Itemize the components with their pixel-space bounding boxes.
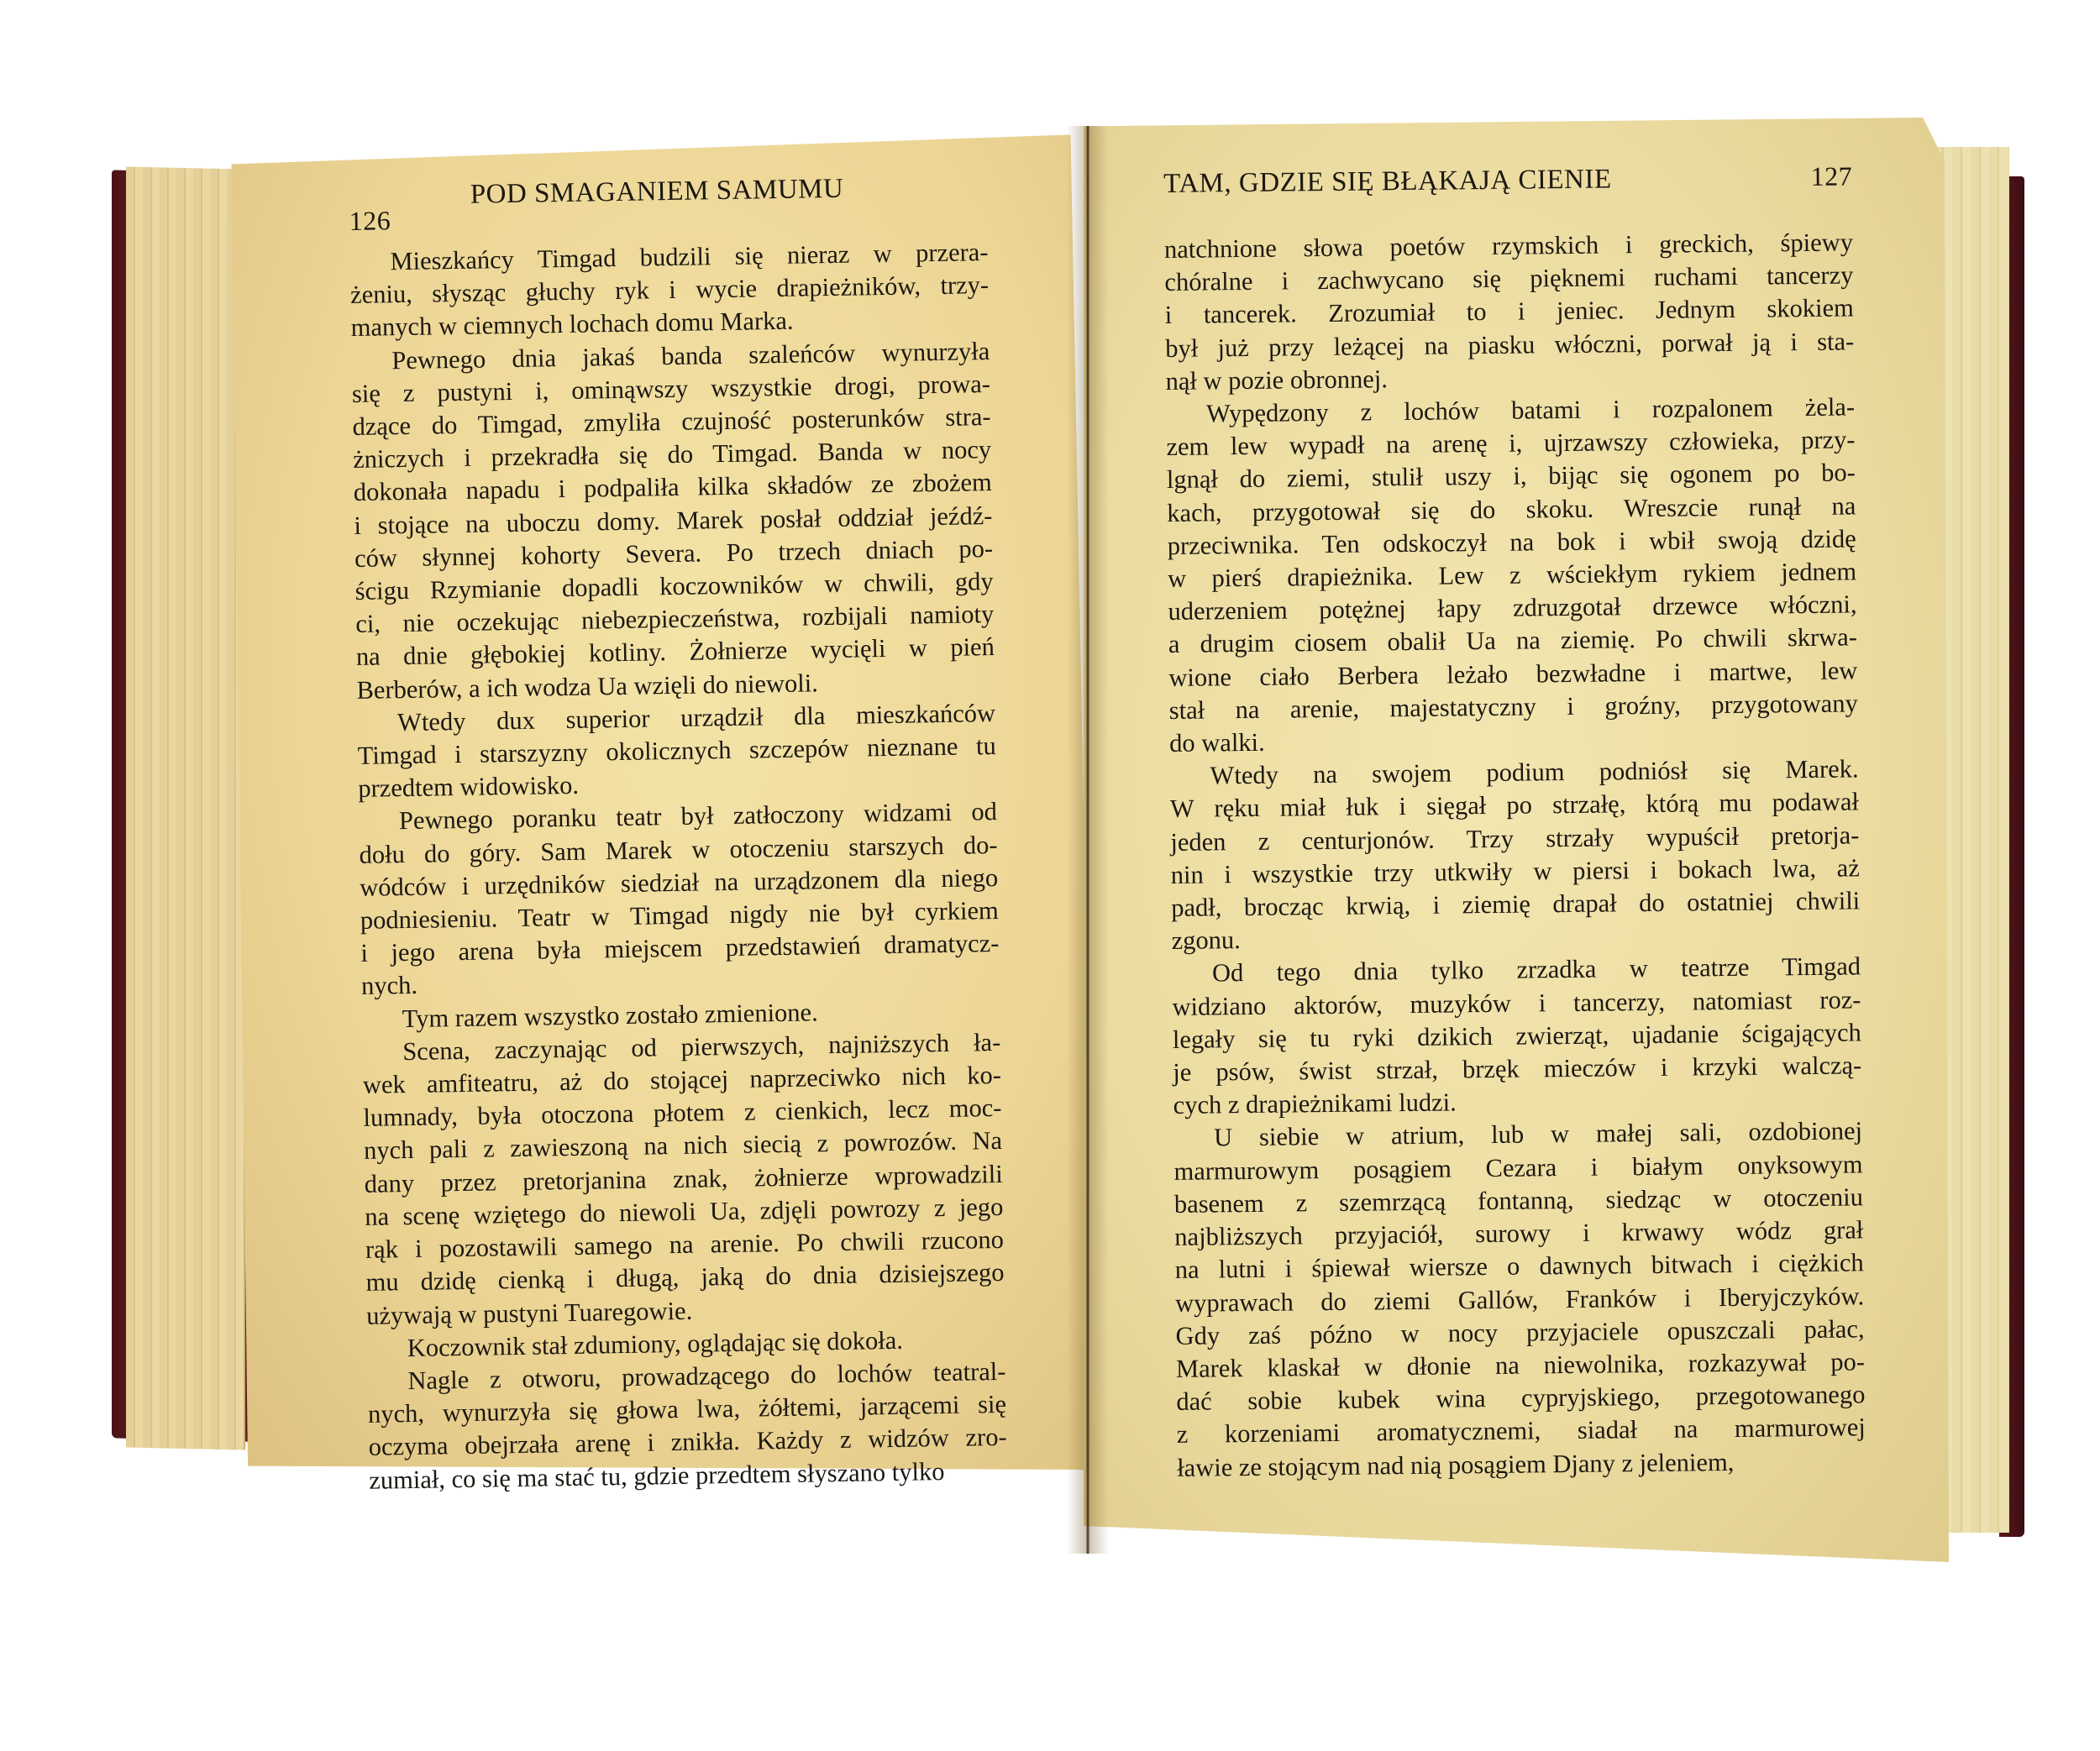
- page-number-left: 126: [349, 205, 391, 237]
- paragraph: Nagle z otworu, prowadzącego do lochów t…: [367, 1355, 1007, 1497]
- paragraph: Pewnego poranku teatr był zatłoczony wid…: [359, 795, 1000, 1003]
- paragraph: Wtedy dux superior urządził dla mieszkań…: [357, 697, 997, 806]
- right-page-body: natchnione słowa poetów rzymskich i grec…: [1164, 226, 1866, 1484]
- paragraph: Mieszkańcy Timgad budzili się nieraz w p…: [349, 236, 990, 345]
- running-head-title-left: POD SMAGANIEM SAMUMU: [470, 174, 843, 211]
- open-book-photo: 126 POD SMAGANIEM SAMUMU Mieszkańcy Timg…: [0, 0, 2100, 1751]
- paragraph: Scena, zaczynając od pierwszych, najniżs…: [362, 1026, 1005, 1333]
- right-running-header: TAM, GDZIE SIĘ BŁĄKAJĄ CIENIE 127: [1163, 160, 1852, 200]
- paragraph: Wypędzony z lochów batami i rozpalonem ż…: [1166, 391, 1858, 760]
- paragraph: Od tego dnia tylko zrzadka w teatrze Tim…: [1172, 951, 1862, 1123]
- running-head-title-right: TAM, GDZIE SIĘ BŁĄKAJĄ CIENIE: [1163, 164, 1612, 200]
- page-number-right: 127: [1810, 160, 1852, 192]
- paragraph: Pewnego dnia jakaś banda szaleńców wynur…: [351, 335, 995, 707]
- paragraph: Wtedy na swojem podium podniósł się Mare…: [1169, 753, 1860, 958]
- paragraph: natchnione słowa poetów rzymskich i grec…: [1164, 226, 1855, 398]
- left-page-body: Mieszkańcy Timgad budzili się nieraz w p…: [349, 236, 1007, 1497]
- left-page-text: 126 POD SMAGANIEM SAMUMU Mieszkańcy Timg…: [349, 170, 1008, 1497]
- book-gutter: [1067, 126, 1109, 1554]
- page-stack-left: [126, 167, 245, 1450]
- paragraph: U siebie w atrium, lub w małej sali, ozd…: [1173, 1115, 1866, 1485]
- right-page-text: TAM, GDZIE SIĘ BŁĄKAJĄ CIENIE 127 natchn…: [1163, 160, 1866, 1484]
